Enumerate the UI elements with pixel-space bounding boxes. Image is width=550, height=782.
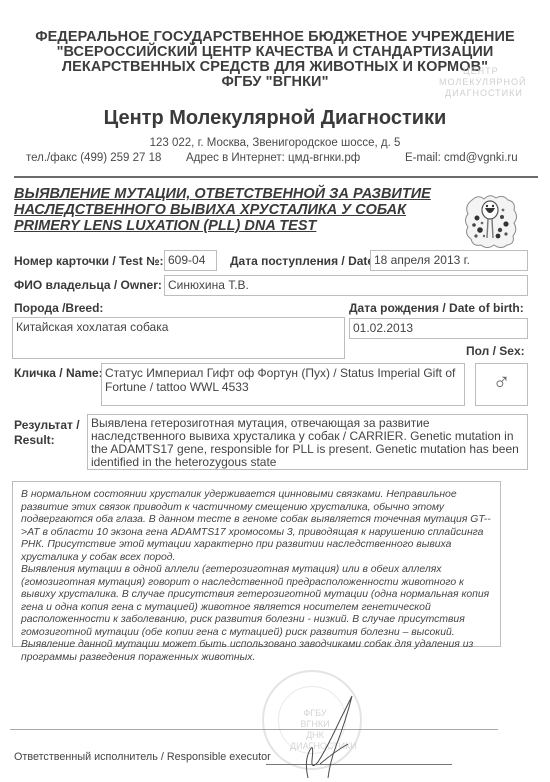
explanation-notes: В нормальном состоянии хрусталик удержив… bbox=[12, 481, 501, 647]
dna-lab-logo-icon bbox=[462, 192, 520, 250]
sex-male-icon: ♂ bbox=[475, 363, 528, 406]
website[interactable]: Адрес в Интернет: цмд-вгнки.рф bbox=[186, 152, 360, 164]
result-label: Результат / Result: bbox=[14, 418, 80, 448]
owner-field: Синюхина Т.В. bbox=[164, 275, 528, 296]
notes-paragraph: Выявление данной мутации может быть испо… bbox=[21, 639, 492, 664]
result-label-line: Результат / bbox=[14, 418, 80, 433]
center-title: Центр Молекулярной Диагностики bbox=[0, 107, 550, 130]
breed-field: Китайская хохлатая собака bbox=[12, 317, 345, 359]
org-line: "ВСЕРОССИЙСКИЙ ЦЕНТР КАЧЕСТВА И СТАНДАРТ… bbox=[0, 45, 550, 60]
date-of-birth-label: Дата рождения / Date of birth: bbox=[349, 301, 524, 315]
divider bbox=[14, 176, 538, 178]
test-number-label: Номер карточки / Test №: bbox=[14, 254, 164, 268]
responsible-executor-label: Ответственный исполнитель / Responsible … bbox=[14, 751, 271, 763]
divider bbox=[10, 729, 498, 730]
stamp-line: ЦЕНТР bbox=[425, 66, 545, 77]
date-received-label: Дата поступления / Date: bbox=[230, 254, 378, 268]
signature-icon bbox=[300, 690, 370, 782]
date-received-field: 18 апреля 2013 г. bbox=[370, 250, 528, 271]
notes-paragraph: В нормальном состоянии хрусталик удержив… bbox=[21, 489, 492, 564]
stamp-line: МОЛЕКУЛЯРНОЙ bbox=[425, 77, 545, 88]
test-title-line: ВЫЯВЛЕНИЕ МУТАЦИИ, ОТВЕТСТВЕННОЙ ЗА РАЗВ… bbox=[14, 186, 431, 202]
result-label-line: Result: bbox=[14, 433, 80, 448]
notes-paragraph: Выявления мутации в одной аллели (гетеро… bbox=[21, 564, 492, 639]
name-label: Кличка / Name: bbox=[14, 366, 103, 380]
email[interactable]: E-mail: cmd@vgnki.ru bbox=[405, 152, 518, 164]
owner-label: ФИО владельца / Owner: bbox=[14, 278, 162, 292]
breed-label: Порода /Breed: bbox=[14, 301, 103, 315]
date-of-birth-field: 01.02.2013 bbox=[349, 318, 528, 339]
result-field: Выявлена гетерозиготная мутация, отвечаю… bbox=[87, 414, 528, 470]
sex-label: Пол / Sex: bbox=[466, 344, 525, 358]
name-field: Статус Империал Гифт оф Фортун (Пух) / S… bbox=[101, 363, 465, 406]
test-title-line: PRIMERY LENS LUXATION (PLL) DNA TEST bbox=[14, 218, 431, 234]
stamp-line: ДИАГНОСТИКИ bbox=[425, 88, 545, 99]
phone: тел./факс (499) 259 27 18 bbox=[26, 152, 161, 164]
address: 123 022, г. Москва, Звенигородское шоссе… bbox=[0, 137, 550, 149]
org-line: ФЕДЕРАЛЬНОЕ ГОСУДАРСТВЕННОЕ БЮДЖЕТНОЕ УЧ… bbox=[0, 30, 550, 45]
test-title: ВЫЯВЛЕНИЕ МУТАЦИИ, ОТВЕТСТВЕННОЙ ЗА РАЗВ… bbox=[14, 186, 431, 234]
test-number-field: 609-04 bbox=[164, 250, 217, 271]
test-title-line: НАСЛЕДСТВЕННОГО ВЫВИХА ХРУСТАЛИКА У СОБА… bbox=[14, 202, 431, 218]
